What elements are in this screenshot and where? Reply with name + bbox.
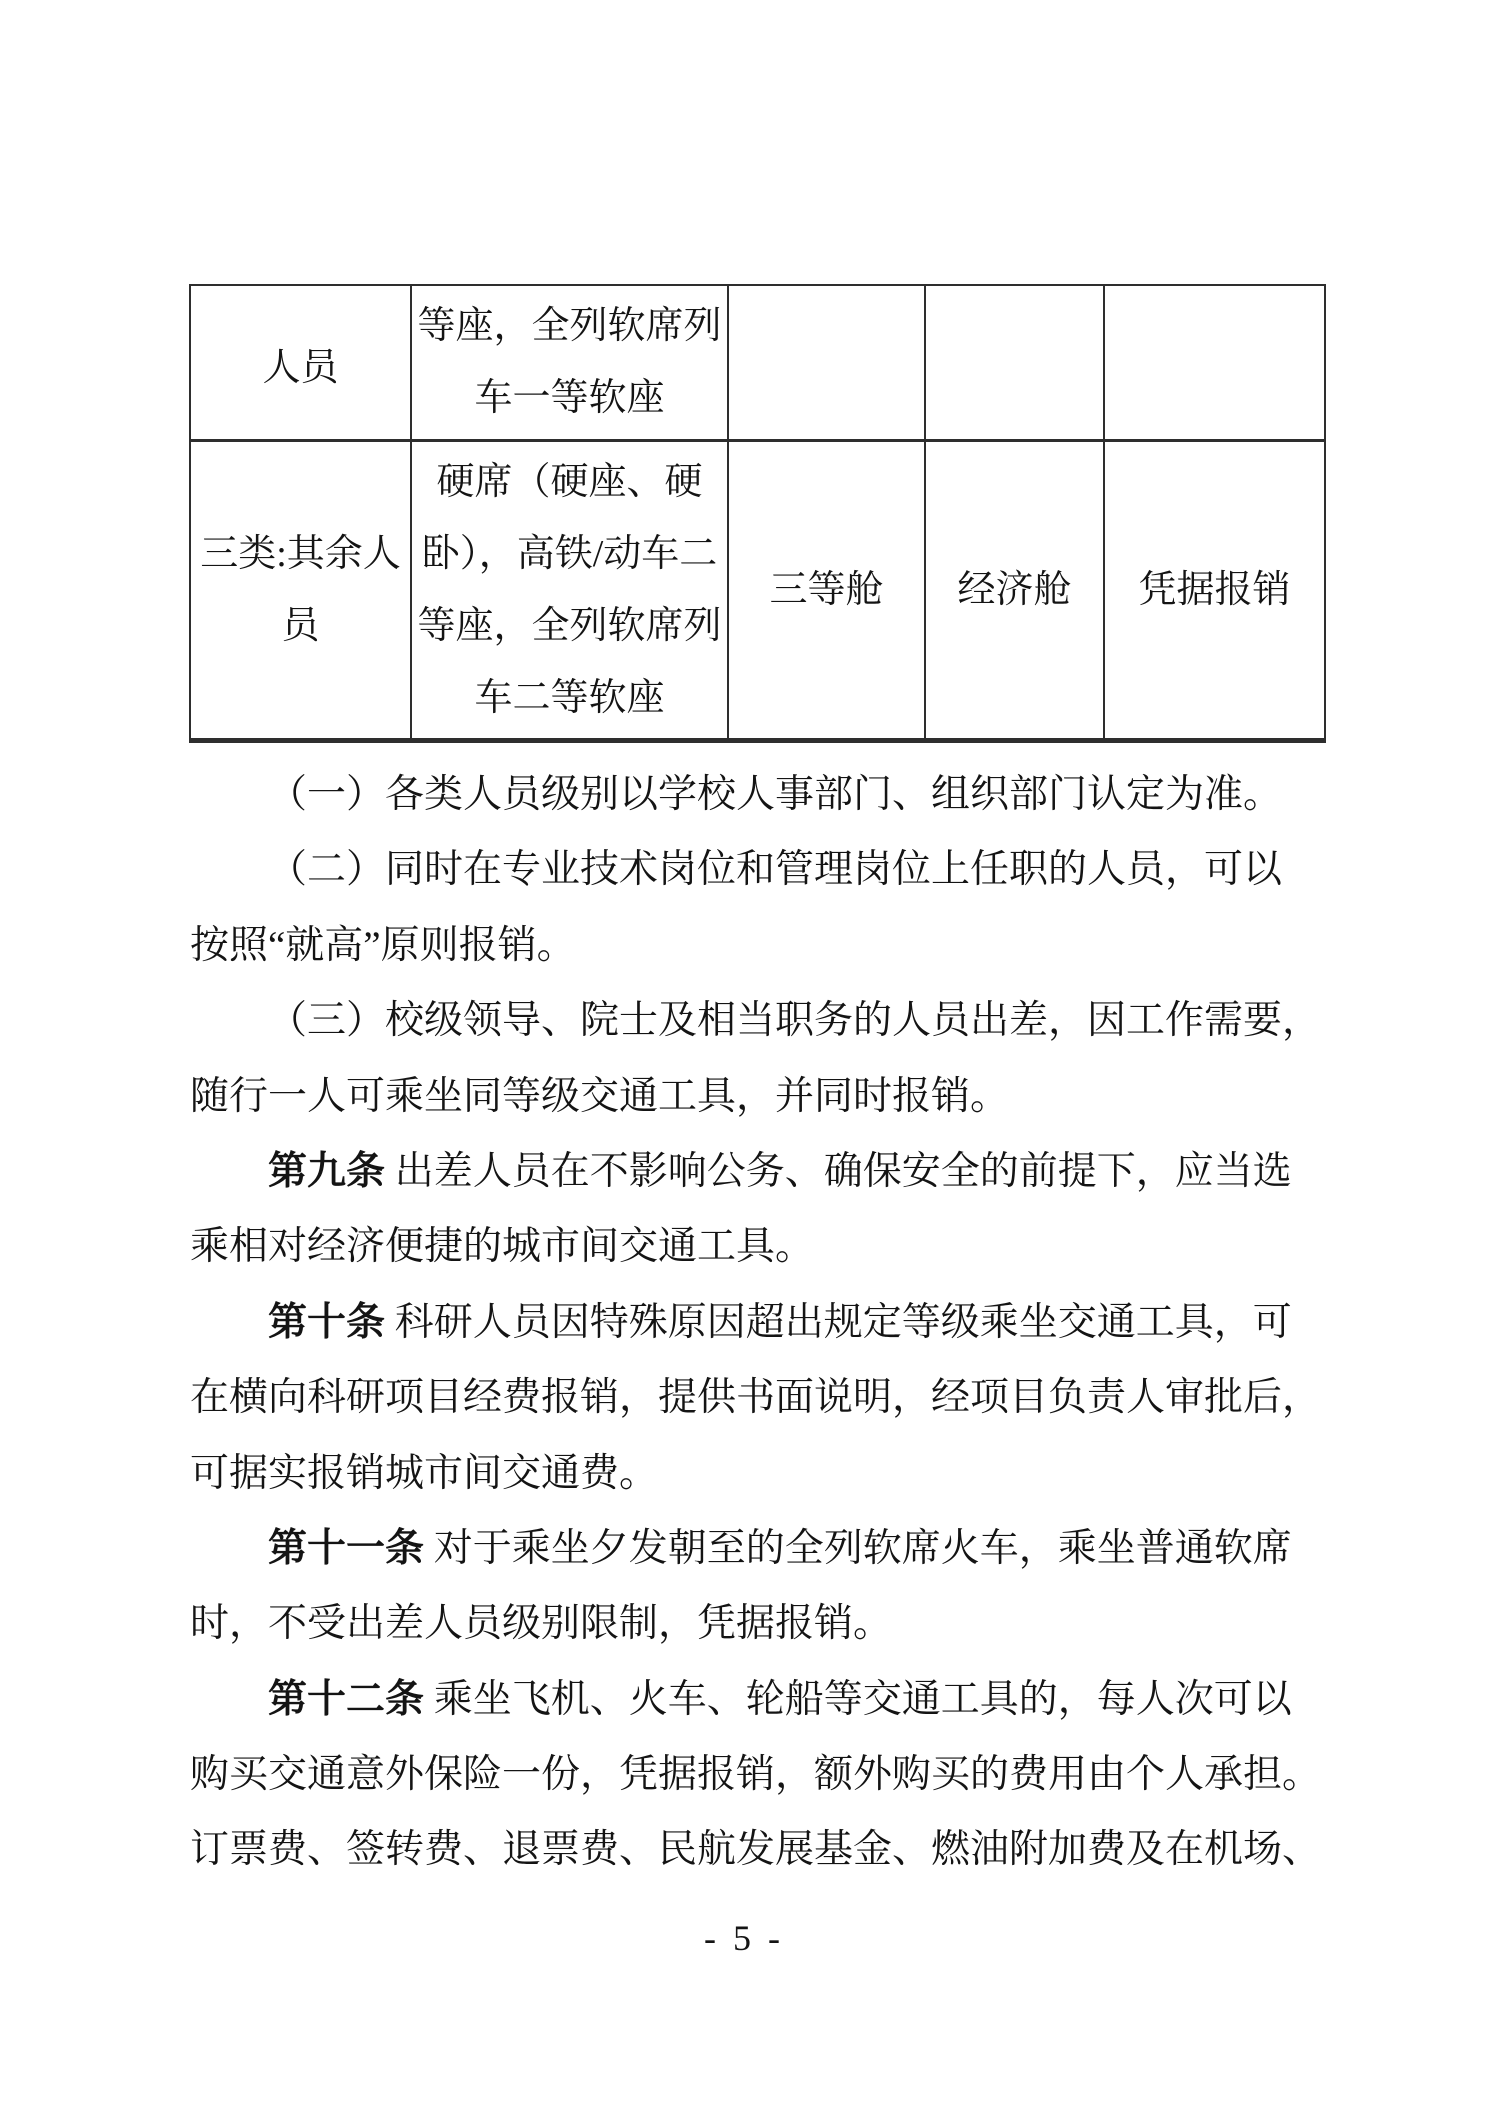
cell-line: 等座，全列软席列: [412, 590, 727, 662]
body-line: 购买交通意外保险一份，凭据报销，额外购买的费用由个人承担。: [190, 1737, 1314, 1812]
table-row: 人员 等座，全列软席列 车一等软座: [190, 285, 1325, 440]
line-text: （一）各类人员级别以学校人事部门、组织部门认定为准。: [268, 773, 1282, 816]
cell-line: 车一等软座: [412, 362, 727, 434]
body-line: 第十条 科研人员因特殊原因超出规定等级乘坐交通工具，可: [190, 1285, 1314, 1360]
body-text: （一）各类人员级别以学校人事部门、组织部门认定为准。 （二）同时在专业技术岗位和…: [190, 757, 1314, 1888]
line-text: 购买交通意外保险一份，凭据报销，额外购买的费用由个人承担。: [190, 1753, 1321, 1796]
cell-line: 人员: [191, 332, 410, 404]
transport-class-table: 人员 等座，全列软席列 车一等软座 三类:其余人 员 硬席（硬座、硬 卧），高铁…: [189, 284, 1326, 743]
line-text: 随行一人可乘坐同等级交通工具，并同时报销。: [190, 1075, 1009, 1118]
body-line: 可据实报销城市间交通费。: [190, 1436, 1314, 1511]
cell-line: 三等舱: [729, 554, 924, 626]
article-term: 第十二条: [268, 1678, 424, 1721]
cell-line: 凭据报销: [1105, 554, 1324, 626]
cell-line: 经济舱: [926, 554, 1103, 626]
cell-line: 等座，全列软席列: [412, 290, 727, 362]
body-line: 在横向科研项目经费报销，提供书面说明，经项目负责人审批后，: [190, 1360, 1314, 1435]
article-term: 第十一条: [268, 1527, 424, 1570]
table-cell-ship-class: 三等舱: [728, 440, 925, 740]
body-line: 订票费、签转费、退票费、民航发展基金、燃油附加费及在机场、: [190, 1812, 1314, 1887]
body-line: （二）同时在专业技术岗位和管理岗位上任职的人员，可以: [190, 832, 1314, 907]
body-line: （一）各类人员级别以学校人事部门、组织部门认定为准。: [190, 757, 1314, 832]
table-cell-train-class: 硬席（硬座、硬 卧），高铁/动车二 等座，全列软席列 车二等软座: [411, 440, 728, 740]
cell-line: 车二等软座: [412, 662, 727, 734]
cell-line: 硬席（硬座、硬: [412, 446, 727, 518]
table-cell-flight-class: 经济舱: [925, 440, 1104, 740]
line-text: 科研人员因特殊原因超出规定等级乘坐交通工具，可: [385, 1301, 1292, 1344]
body-line: 按照“就高”原则报销。: [190, 908, 1314, 983]
body-line: 时，不受出差人员级别限制，凭据报销。: [190, 1586, 1314, 1661]
body-line: 乘相对经济便捷的城市间交通工具。: [190, 1209, 1314, 1284]
body-line: 随行一人可乘坐同等级交通工具，并同时报销。: [190, 1059, 1314, 1134]
body-line: 第十一条 对于乘坐夕发朝至的全列软席火车，乘坐普通软席: [190, 1511, 1314, 1586]
table-cell-empty: [925, 285, 1104, 440]
line-text: 出差人员在不影响公务、确保安全的前提下，应当选: [385, 1150, 1292, 1193]
body-line: 第十二条 乘坐飞机、火车、轮船等交通工具的，每人次可以: [190, 1662, 1314, 1737]
line-text: 订票费、签转费、退票费、民航发展基金、燃油附加费及在机场、: [190, 1828, 1321, 1871]
line-text: 可据实报销城市间交通费。: [190, 1452, 658, 1495]
table-cell-empty: [1104, 285, 1325, 440]
article-term: 第九条: [268, 1150, 385, 1193]
table-cell-personnel: 人员: [190, 285, 411, 440]
page-number: - 5 -: [0, 1917, 1488, 1959]
line-text: 对于乘坐夕发朝至的全列软席火车，乘坐普通软席: [424, 1527, 1292, 1570]
line-text: （三）校级领导、院士及相当职务的人员出差，因工作需要，: [268, 999, 1321, 1042]
line-text: 乘坐飞机、火车、轮船等交通工具的，每人次可以: [424, 1678, 1292, 1721]
line-text: 乘相对经济便捷的城市间交通工具。: [190, 1225, 814, 1268]
line-text: 在横向科研项目经费报销，提供书面说明，经项目负责人审批后，: [190, 1376, 1321, 1419]
cell-line: 三类:其余人: [191, 518, 410, 590]
table-cell-reimburse: 凭据报销: [1104, 440, 1325, 740]
table-row: 三类:其余人 员 硬席（硬座、硬 卧），高铁/动车二 等座，全列软席列 车二等软…: [190, 440, 1325, 740]
table-cell-train-class: 等座，全列软席列 车一等软座: [411, 285, 728, 440]
article-term: 第十条: [268, 1301, 385, 1344]
line-text: （二）同时在专业技术岗位和管理岗位上任职的人员，可以: [268, 848, 1282, 891]
document-page: 人员 等座，全列软席列 车一等软座 三类:其余人 员 硬席（硬座、硬 卧），高铁…: [0, 0, 1488, 2104]
cell-line: 卧），高铁/动车二: [412, 518, 727, 590]
table-cell-personnel: 三类:其余人 员: [190, 440, 411, 740]
line-text: 时，不受出差人员级别限制，凭据报销。: [190, 1602, 892, 1645]
line-text: 按照“就高”原则报销。: [190, 924, 576, 967]
body-line: （三）校级领导、院士及相当职务的人员出差，因工作需要，: [190, 983, 1314, 1058]
body-line: 第九条 出差人员在不影响公务、确保安全的前提下，应当选: [190, 1134, 1314, 1209]
cell-line: 员: [191, 590, 410, 662]
table-cell-empty: [728, 285, 925, 440]
